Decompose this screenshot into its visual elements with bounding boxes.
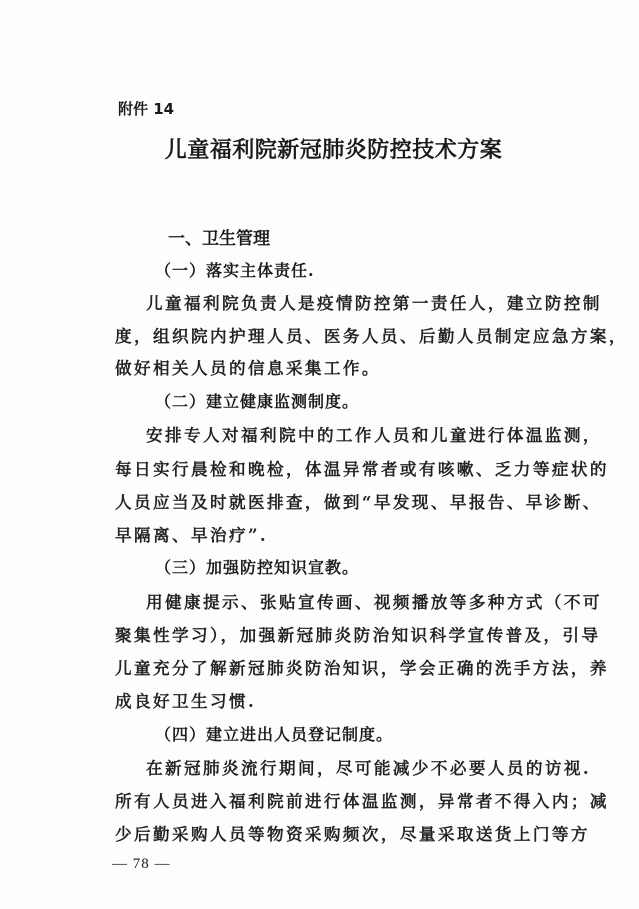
paragraph-line: 儿童充分了解新冠肺炎防治知识，学会正确的洗手方法，养 (115, 655, 609, 679)
attachment-label: 附件 14 (118, 98, 174, 119)
paragraph-line: 做好相关人员的信息采集工作。 (115, 355, 381, 379)
paragraph-line: 儿童福利院负责人是疫情防控第一责任人，建立防控制 (146, 290, 602, 314)
page-number: — 78 — (112, 856, 171, 873)
paragraph-line: 成良好卫生习惯. (115, 688, 256, 712)
document-page: 附件 14 儿童福利院新冠肺炎防控技术方案 一、卫生管理 （一）落实主体责任. … (0, 0, 639, 909)
subsection-heading-4: （四）建立进出人员登记制度。 (155, 722, 393, 745)
subsection-heading-3: （三）加强防控知识宣教。 (155, 555, 359, 578)
paragraph-line: 度，组织院内护理人员、医务人员、后勤人员制定应急方案， (115, 323, 628, 347)
paragraph-line: 早隔离、早治疗”. (115, 522, 268, 546)
section-heading: 一、卫生管理 (168, 224, 270, 249)
paragraph-line: 每日实行晨检和晚检，体温异常者或有咳嗽、乏力等症状的 (115, 456, 609, 480)
paragraph-line: 聚集性学习），加强新冠肺炎防治知识科学宣传普及，引导 (115, 622, 601, 646)
paragraph-line: 安排专人对福利院中的工作人员和儿童进行体温监测， (146, 422, 602, 446)
paragraph-line: 人员应当及时就医排查，做到“早发现、早报告、早诊断、 (115, 489, 602, 513)
paragraph-line: 所有人员进入福利院前进行体温监测，异常者不得入内；减 (115, 788, 609, 812)
paragraph-line: 用健康提示、张贴宣传画、视频播放等多种方式（不可 (146, 589, 602, 613)
paragraph-line: 少后勤采购人员等物资采购频次，尽量采取送货上门等方 (115, 821, 590, 845)
subsection-heading-2: （二）建立健康监测制度。 (155, 389, 359, 412)
subsection-heading-1: （一）落实主体责任. (155, 258, 315, 281)
document-title: 儿童福利院新冠肺炎防控技术方案 (0, 133, 639, 164)
paragraph-line: 在新冠肺炎流行期间，尽可能减少不必要人员的访视. (146, 755, 591, 779)
